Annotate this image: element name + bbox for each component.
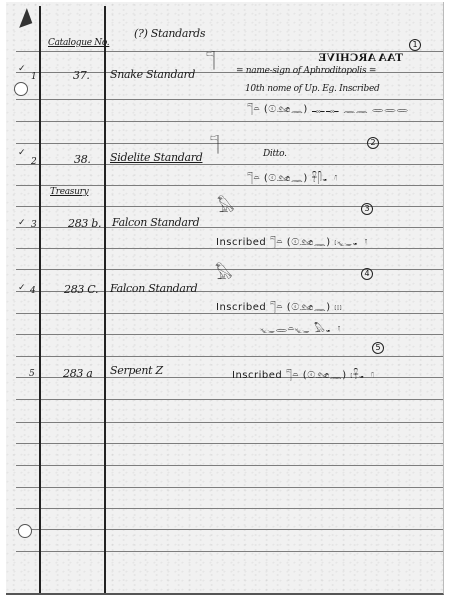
hieroglyph-line: 𓆑𓂋𓏏𓆑 𓅃𓂝 xyxy=(260,320,341,336)
ref-marker: 1 xyxy=(409,39,421,51)
hieroglyph-line: Inscribed 𓊹𓏏 (𓇳𓃭𓈖) 𓏤𓏤𓏤 xyxy=(216,298,342,314)
rule-line xyxy=(16,185,443,186)
entry-note: 10th nome of Up. Eg. Inscribed xyxy=(245,84,379,94)
column-header: Catalogue No. xyxy=(48,38,109,48)
hieroglyph-line: Inscribed 𓊹𓏏 (𓇳𓃭𓈖) 𓏤𓆑𓂝 xyxy=(216,233,368,249)
ref-marker: 3 xyxy=(361,203,373,215)
row-number: 3 xyxy=(31,220,36,230)
check-mark: ✓ xyxy=(18,283,26,293)
margin-rule-right xyxy=(104,6,106,593)
archive-stamp: TAA ARCHIVE xyxy=(318,50,403,65)
catalogue-number: 283 b. xyxy=(68,217,101,230)
object-name: Sidelite Standard xyxy=(110,151,202,164)
entry-note: Ditto. xyxy=(263,149,287,159)
catalogue-number: 283 C. xyxy=(64,283,98,296)
rule-line xyxy=(16,487,443,488)
torn-corner xyxy=(14,8,33,28)
catalogue-number: 37. xyxy=(73,69,90,82)
check-mark: ✓ xyxy=(18,148,26,158)
object-name: Serpent Z xyxy=(110,364,163,377)
rule-line xyxy=(16,465,443,466)
rule-line xyxy=(16,529,443,530)
row-number: 1 xyxy=(31,72,36,82)
rule-line xyxy=(16,508,443,509)
check-mark: ✓ xyxy=(18,218,26,228)
hieroglyph-line: Inscribed 𓊹𓏏 (𓇳𓃭𓈖) 𓏤𓋹𓂝 xyxy=(232,366,375,382)
check-mark: ✓ xyxy=(18,64,26,74)
rule-line xyxy=(16,399,443,400)
object-name: Falcon Standard xyxy=(112,216,199,229)
punch-hole xyxy=(18,524,32,538)
rule-line xyxy=(16,443,443,444)
catalogue-number: 38. xyxy=(74,153,91,166)
standard-glyph-icon: 𓊹 xyxy=(210,137,219,153)
standard-glyph-icon: 𓊹 xyxy=(206,53,215,69)
rule-line xyxy=(16,551,443,552)
row-number: 2 xyxy=(31,157,36,167)
margin-rule-left xyxy=(39,6,41,593)
ref-marker: 4 xyxy=(361,268,373,280)
ref-marker: 5 xyxy=(372,342,384,354)
hieroglyph-line: 𓊹𓏏 (𓇳𓃭𓈖) 𓋹𓋴𓂝 xyxy=(247,169,338,185)
row-number: 5 xyxy=(29,369,34,379)
page-title: (?) Standards xyxy=(134,27,205,40)
falcon-glyph-icon: 𓅃 xyxy=(215,266,233,282)
row-number: 4 xyxy=(30,286,35,296)
section-label: Treasury xyxy=(50,187,88,197)
ref-marker: 2 xyxy=(367,137,379,149)
object-name: Snake Standard xyxy=(110,68,195,81)
rule-line xyxy=(16,422,443,423)
punch-hole xyxy=(14,82,28,96)
entry-note: = name-sign of Aphroditopolis = xyxy=(236,66,376,76)
catalogue-number: 283 a xyxy=(63,367,93,380)
rule-line xyxy=(16,334,443,335)
falcon-glyph-icon: 𓅃 xyxy=(217,199,235,215)
rule-line xyxy=(16,356,443,357)
rule-line xyxy=(16,121,443,122)
object-name: Falcon Standard xyxy=(110,282,197,295)
hieroglyph-line: 𓊹𓏏 (𓇳𓃭𓈖) 𓊃𓊃 𓈖𓈖 𓂋𓂋𓂋 xyxy=(247,100,409,116)
